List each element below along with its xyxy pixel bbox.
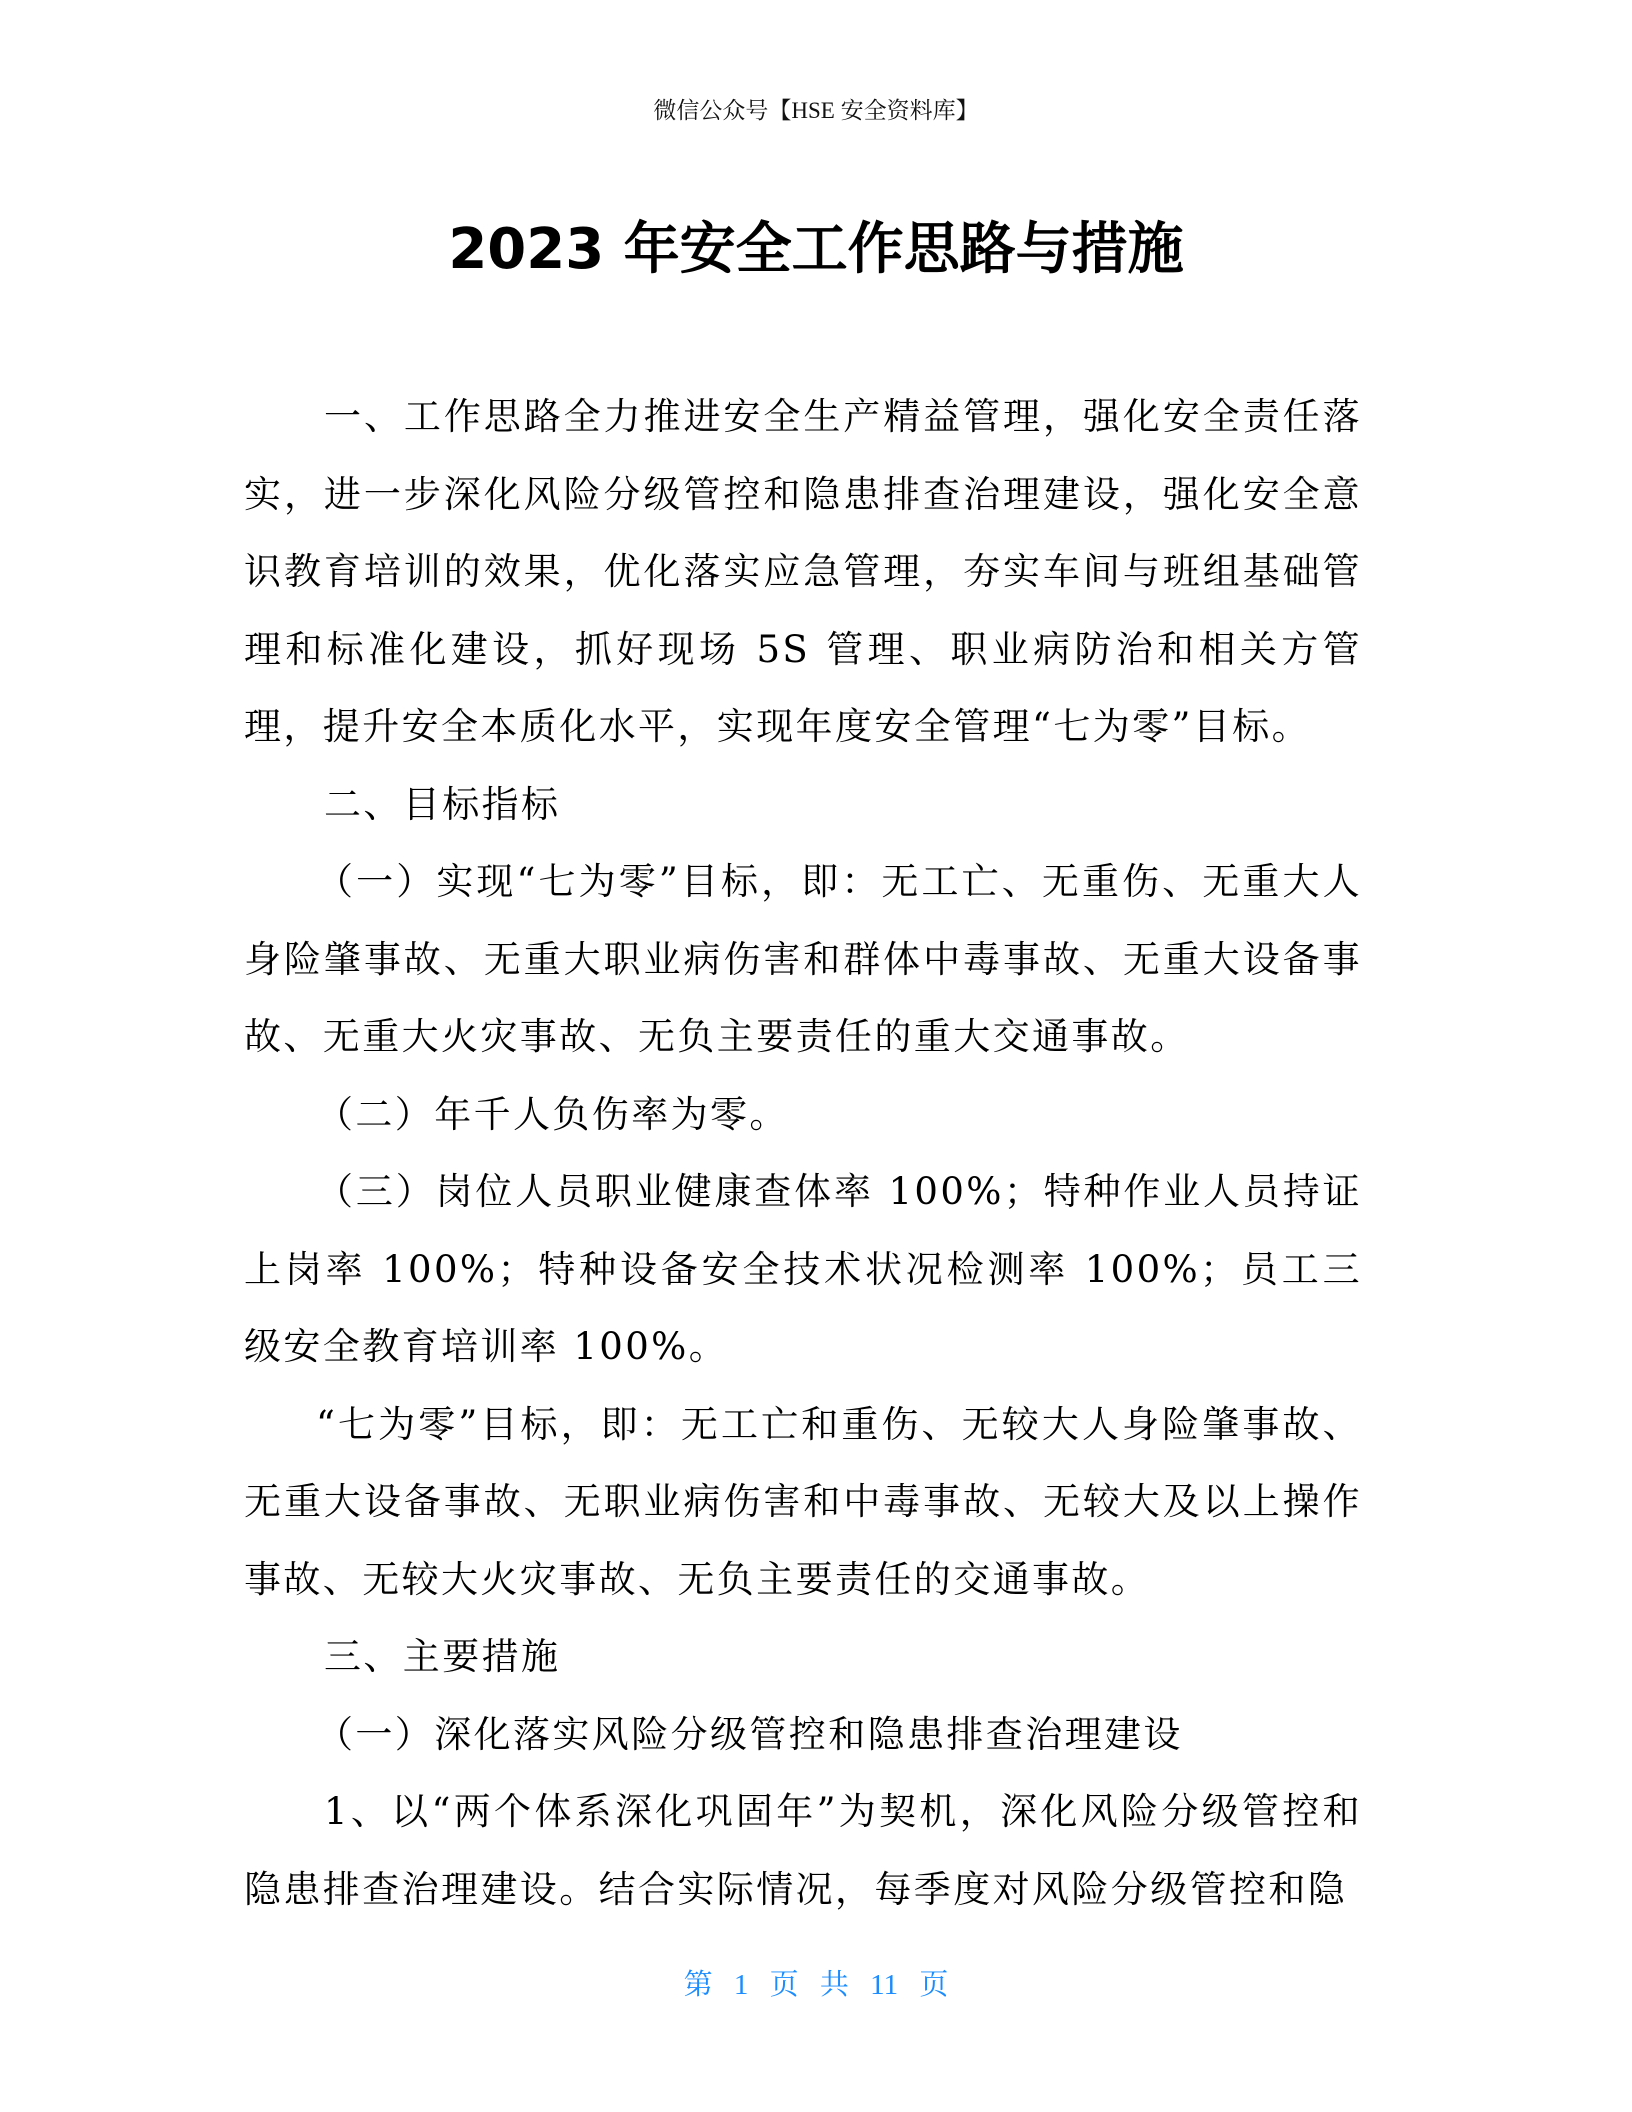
paragraph-measure-1-1: 1、以“两个体系深化巩固年”为契机，深化风险分级管控和隐患排查治理建设。结合实际… (244, 1773, 1362, 1928)
paragraph-seven-zero: “七为零”目标，即：无工亡和重伤、无较大人身险肇事故、无重大设备事故、无职业病伤… (244, 1386, 1362, 1619)
paragraph-target-3: （三）岗位人员职业健康查体率 100%；特种作业人员持证上岗率 100%；特种设… (244, 1153, 1362, 1386)
page-header: 微信公众号【HSE 安全资料库】 (0, 92, 1632, 125)
paragraph-work-approach: 一、工作思路全力推进安全生产精益管理，强化安全责任落实，进一步深化风险分级管控和… (244, 378, 1362, 766)
paragraph-target-1: （一）实现“七为零”目标，即：无工亡、无重伤、无重大人身险肇事故、无重大职业病伤… (244, 843, 1362, 1076)
page-number: 第 1 页 共 11 页 (0, 1962, 1632, 2003)
document-title: 2023 年安全工作思路与措施 (0, 205, 1632, 285)
paragraph-target-2: （二）年千人负伤率为零。 (244, 1076, 1362, 1154)
subheading-measure-1: （一）深化落实风险分级管控和隐患排查治理建设 (244, 1696, 1362, 1774)
heading-measures: 三、主要措施 (244, 1618, 1362, 1696)
document-body: 一、工作思路全力推进安全生产精益管理，强化安全责任落实，进一步深化风险分级管控和… (244, 378, 1362, 1928)
heading-targets: 二、目标指标 (244, 766, 1362, 844)
